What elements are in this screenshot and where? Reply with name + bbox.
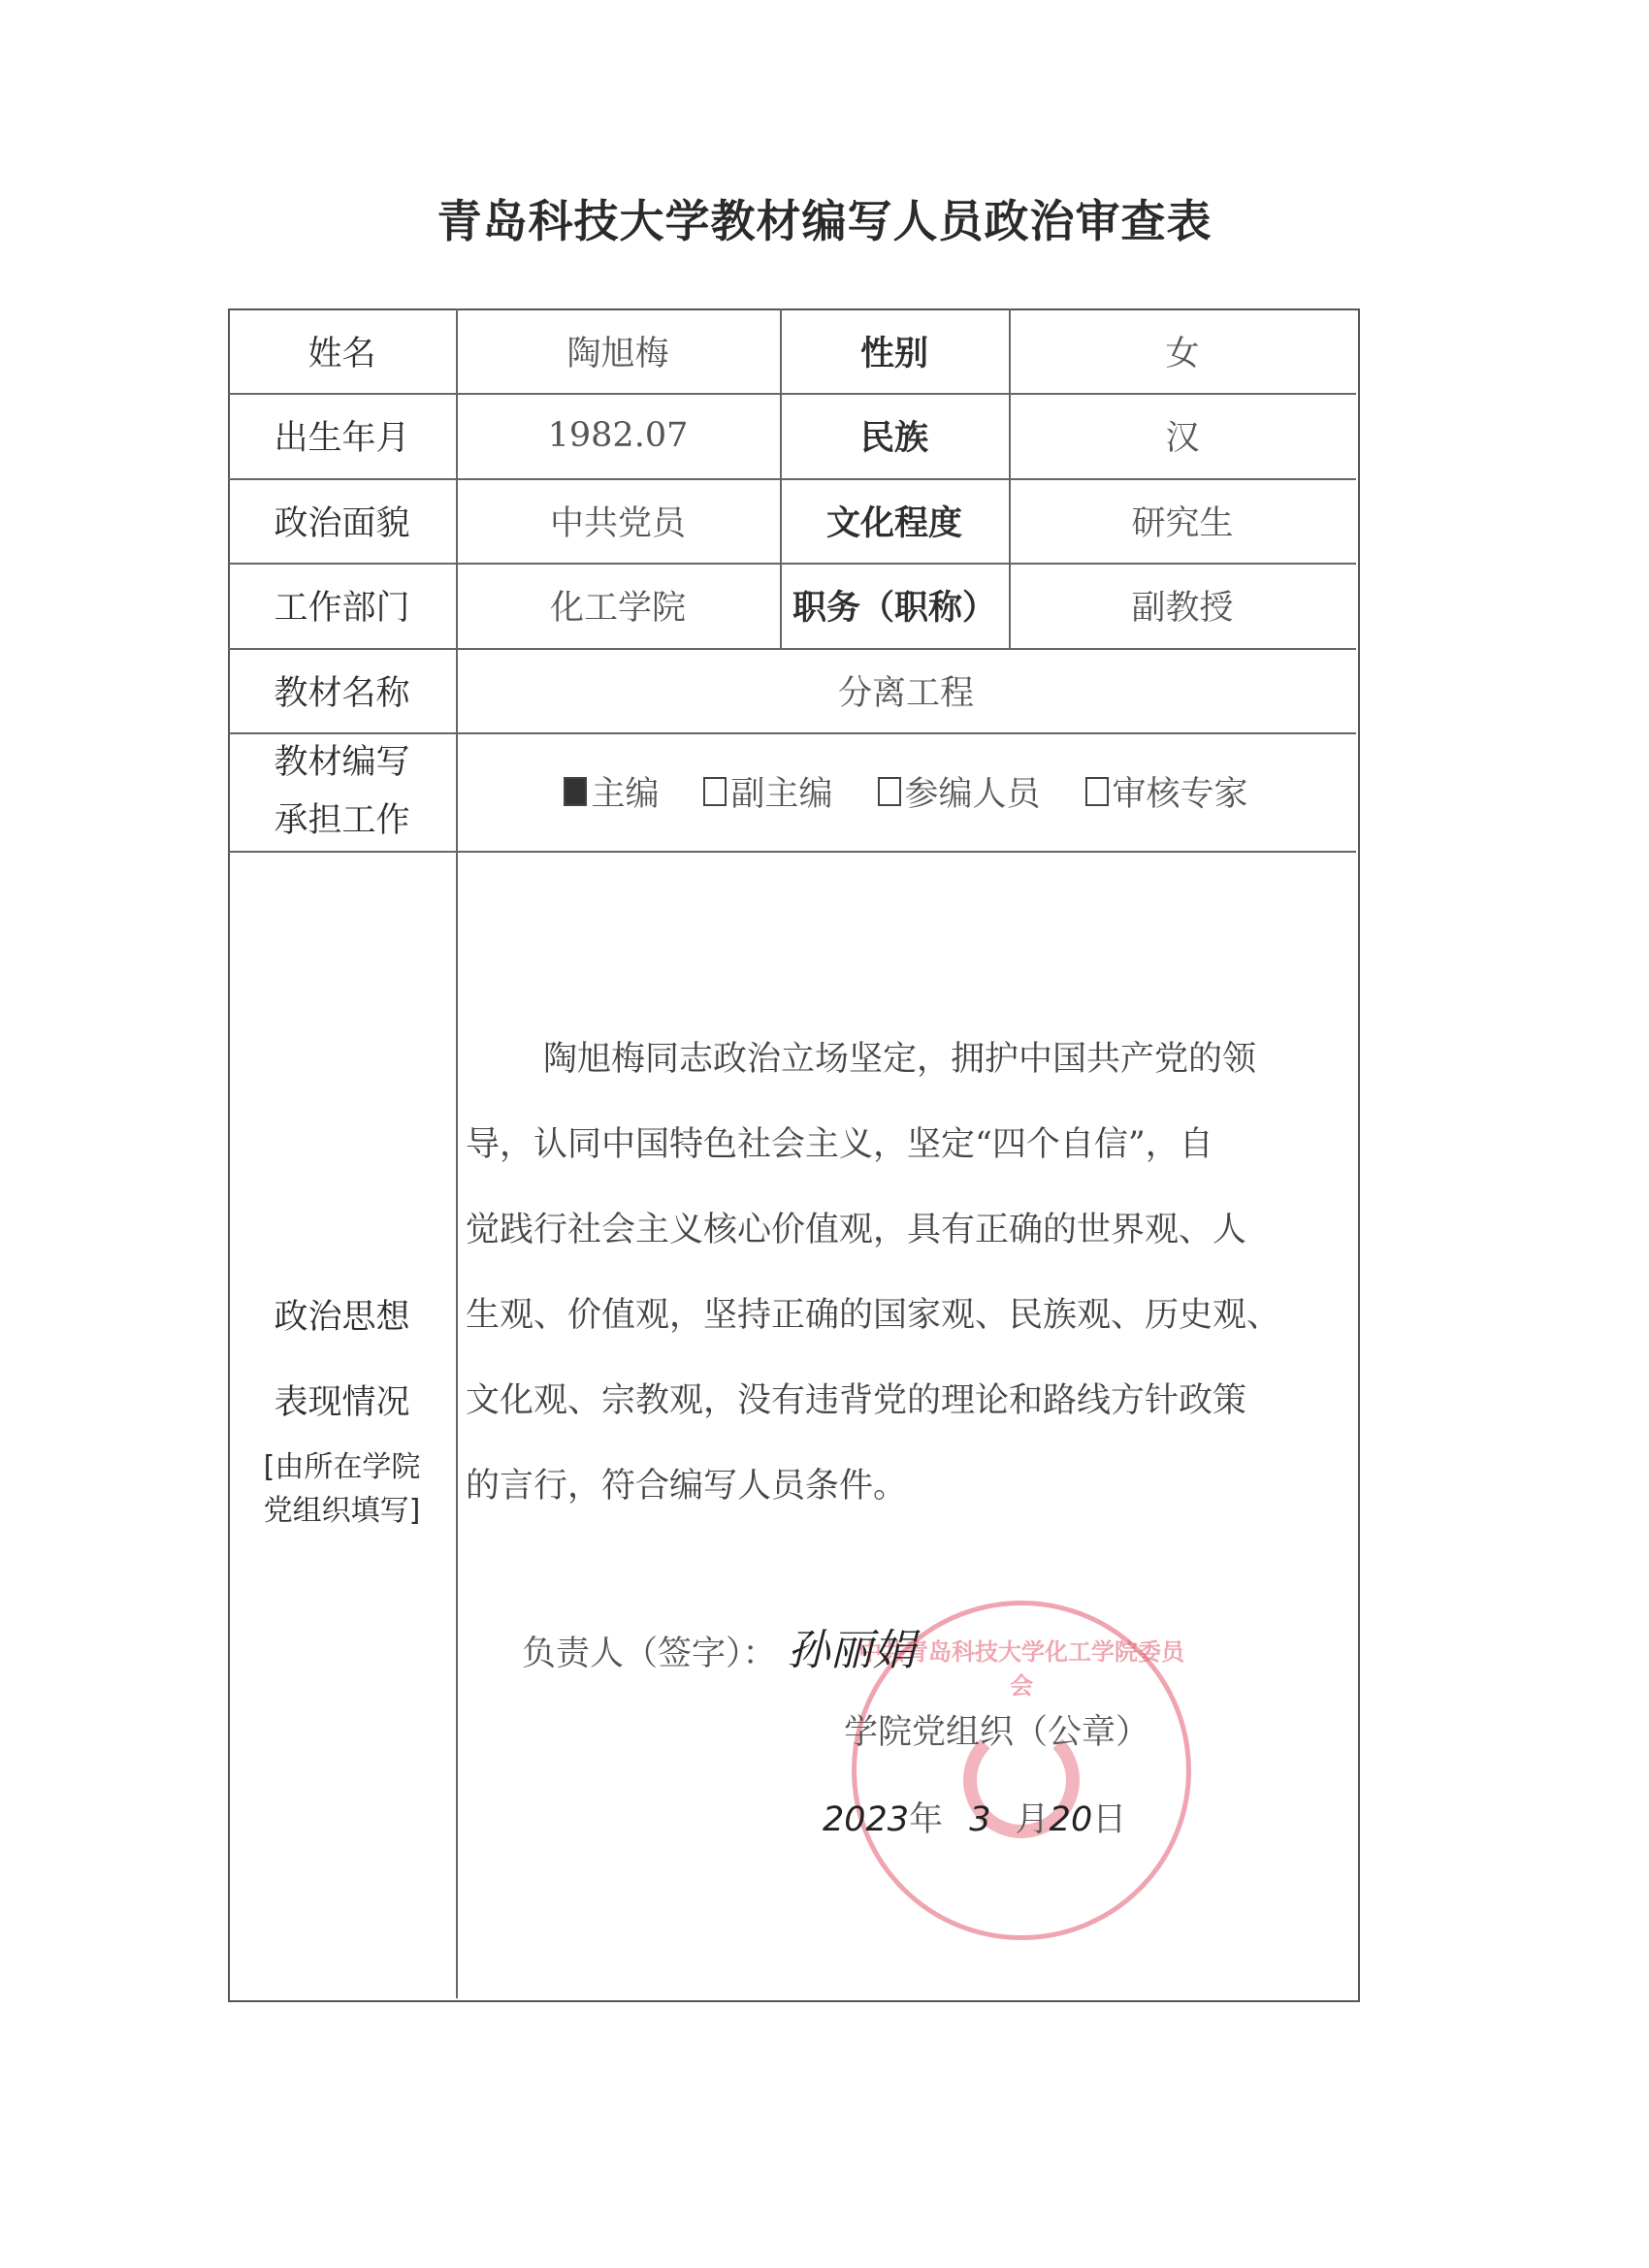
assessment-line: 文化观、宗教观，没有违背党的理论和路线方针政策 (466, 1358, 1339, 1443)
row-divider (228, 851, 1356, 853)
value-birth: 1982.07 (456, 393, 780, 478)
handwritten-signature: 孙丽娟 (788, 1626, 916, 1675)
document-title: 青岛科技大学教材编写人员政治审查表 (0, 186, 1649, 250)
label-assessment-line1: 政治思想 (228, 1290, 456, 1339)
value-textbook-name: 分离工程 (456, 648, 1356, 732)
label-assessment-note1: [由所在学院 (228, 1442, 456, 1485)
label-gender: 性别 (780, 308, 1009, 393)
role-label: 主编 (591, 767, 659, 816)
role-chief-editor[interactable]: 主编 (564, 767, 659, 816)
role-reviewer[interactable]: 审核专家 (1085, 767, 1248, 816)
value-name: 陶旭梅 (456, 308, 780, 393)
assessment-text: 陶旭梅同志政治立场坚定，拥护中国共产党的领 导，认同中国特色社会主义，坚定“四个… (466, 1017, 1339, 1529)
role-label: 副主编 (730, 767, 832, 816)
date-day-suffix: 日 (1092, 1800, 1126, 1839)
checkbox-empty-icon[interactable] (878, 777, 901, 806)
label-role: 教材编写 承担工作 (228, 732, 456, 851)
value-education: 研究生 (1009, 478, 1356, 563)
label-role-line1: 教材编写 (274, 733, 409, 792)
label-role-line2: 承担工作 (274, 792, 409, 850)
date-year-suffix: 年 (909, 1800, 943, 1839)
date-month-suffix: 月 (1016, 1800, 1050, 1839)
role-label: 参编人员 (905, 767, 1041, 816)
date-day: 20 (1050, 1800, 1093, 1839)
role-deputy-editor[interactable]: 副主编 (703, 767, 832, 816)
value-gender: 女 (1009, 308, 1356, 393)
signature-label: 负责人（签字）： (522, 1635, 777, 1673)
role-options: 主编 副主编 参编人员 审核专家 (456, 732, 1356, 851)
value-department: 化工学院 (456, 563, 780, 648)
label-political-status: 政治面貌 (228, 478, 456, 563)
value-political-status: 中共党员 (456, 478, 780, 563)
checkbox-empty-icon[interactable] (703, 777, 727, 806)
label-assessment-line2: 表现情况 (228, 1376, 456, 1424)
checkbox-checked-icon[interactable] (564, 777, 587, 806)
value-title: 副教授 (1009, 563, 1356, 648)
role-label: 审核专家 (1113, 767, 1248, 816)
checkbox-empty-icon[interactable] (1085, 777, 1109, 806)
date-row: 2023年 3 月20日 (823, 1793, 1126, 1841)
signature-row: 负责人（签字）： 孙丽娟 (522, 1615, 916, 1677)
label-title: 职务（职称） (780, 563, 1009, 648)
date-year: 2023 (823, 1800, 909, 1839)
org-stamp-label: 学院党组织（公章） (844, 1705, 1149, 1754)
label-birth: 出生年月 (228, 393, 456, 478)
role-contributor[interactable]: 参编人员 (878, 767, 1041, 816)
assessment-line: 生观、价值观，坚持正确的国家观、民族观、历史观、 (466, 1273, 1339, 1358)
label-department: 工作部门 (228, 563, 456, 648)
value-ethnicity: 汉 (1009, 393, 1356, 478)
assessment-line: 觉践行社会主义核心价值观，具有正确的世界观、人 (466, 1187, 1339, 1273)
assessment-line: 导，认同中国特色社会主义，坚定“四个自信”，自 (466, 1102, 1339, 1187)
label-ethnicity: 民族 (780, 393, 1009, 478)
label-name: 姓名 (228, 308, 456, 393)
assessment-line: 陶旭梅同志政治立场坚定，拥护中国共产党的领 (466, 1017, 1339, 1102)
label-textbook-name: 教材名称 (228, 648, 456, 732)
date-month: 3 (969, 1800, 990, 1839)
label-education: 文化程度 (780, 478, 1009, 563)
label-assessment-note2: 党组织填写] (228, 1486, 456, 1529)
assessment-line: 的言行，符合编写人员条件。 (466, 1443, 1339, 1529)
